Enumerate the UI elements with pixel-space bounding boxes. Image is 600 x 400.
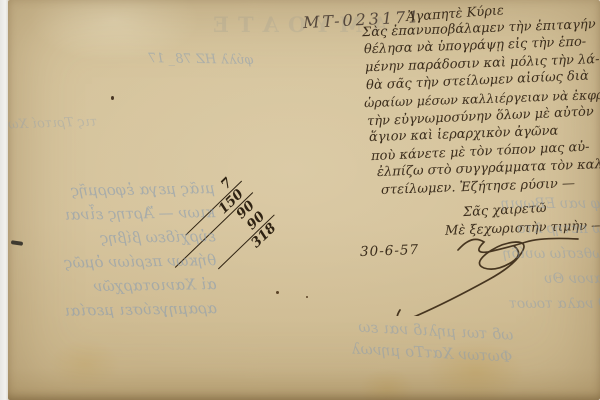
bleedthrough-line: νανον Θυ <box>432 267 600 292</box>
bleedthrough-bottom-block: ωδ τωι μηλιδ ναι εω Φωτων ΧατΤο μηνωλ <box>212 308 514 368</box>
ink-speck <box>111 96 114 100</box>
paper-sheet: ΑΜΥΟΑΤΕ MT-023171 φύλλ ΗΖ 78_ 17 τις Τρι… <box>8 0 600 400</box>
ink-speck <box>306 296 308 298</box>
bleedthrough-pencil-note: φύλλ ΗΖ 78_ 17 <box>148 51 254 68</box>
ink-speck <box>276 291 279 294</box>
bleedthrough-line: δω πετηρ λτο <box>432 217 600 242</box>
bleedthrough-line: νωθεσίω ωυίδη <box>432 242 600 267</box>
bleedthrough-mid-line: τις Τριτοί Χω <box>8 114 98 132</box>
letter-date: 30-6-57 <box>360 242 420 260</box>
bleedthrough-line: ιθ ναλα τοωοτ <box>432 292 600 317</box>
bleedthrough-right-block: ωφ ναυ ΕΒωνιη δω πετηρ λτο νωθεσίω ωυίδη… <box>432 192 600 317</box>
bleedthrough-left-block: μιᾶς μεγα ἐφορμῆς κιων — Ἄρτης εἶναι εὐρ… <box>0 176 217 324</box>
scanned-letter-page: ΑΜΥΟΑΤΕ MT-023171 φύλλ ΗΖ 78_ 17 τις Τρι… <box>0 0 600 400</box>
letter-body: Ἀγαπητὲ Κύριε Σὰς ἐπανυποβάλαμεν τὴν ἐπι… <box>362 2 600 196</box>
bleedthrough-line: ωφ ναυ ΕΒωνιη <box>432 192 600 217</box>
bleedthrough-line: αραμηγεύσει μεσίαι <box>0 296 217 324</box>
